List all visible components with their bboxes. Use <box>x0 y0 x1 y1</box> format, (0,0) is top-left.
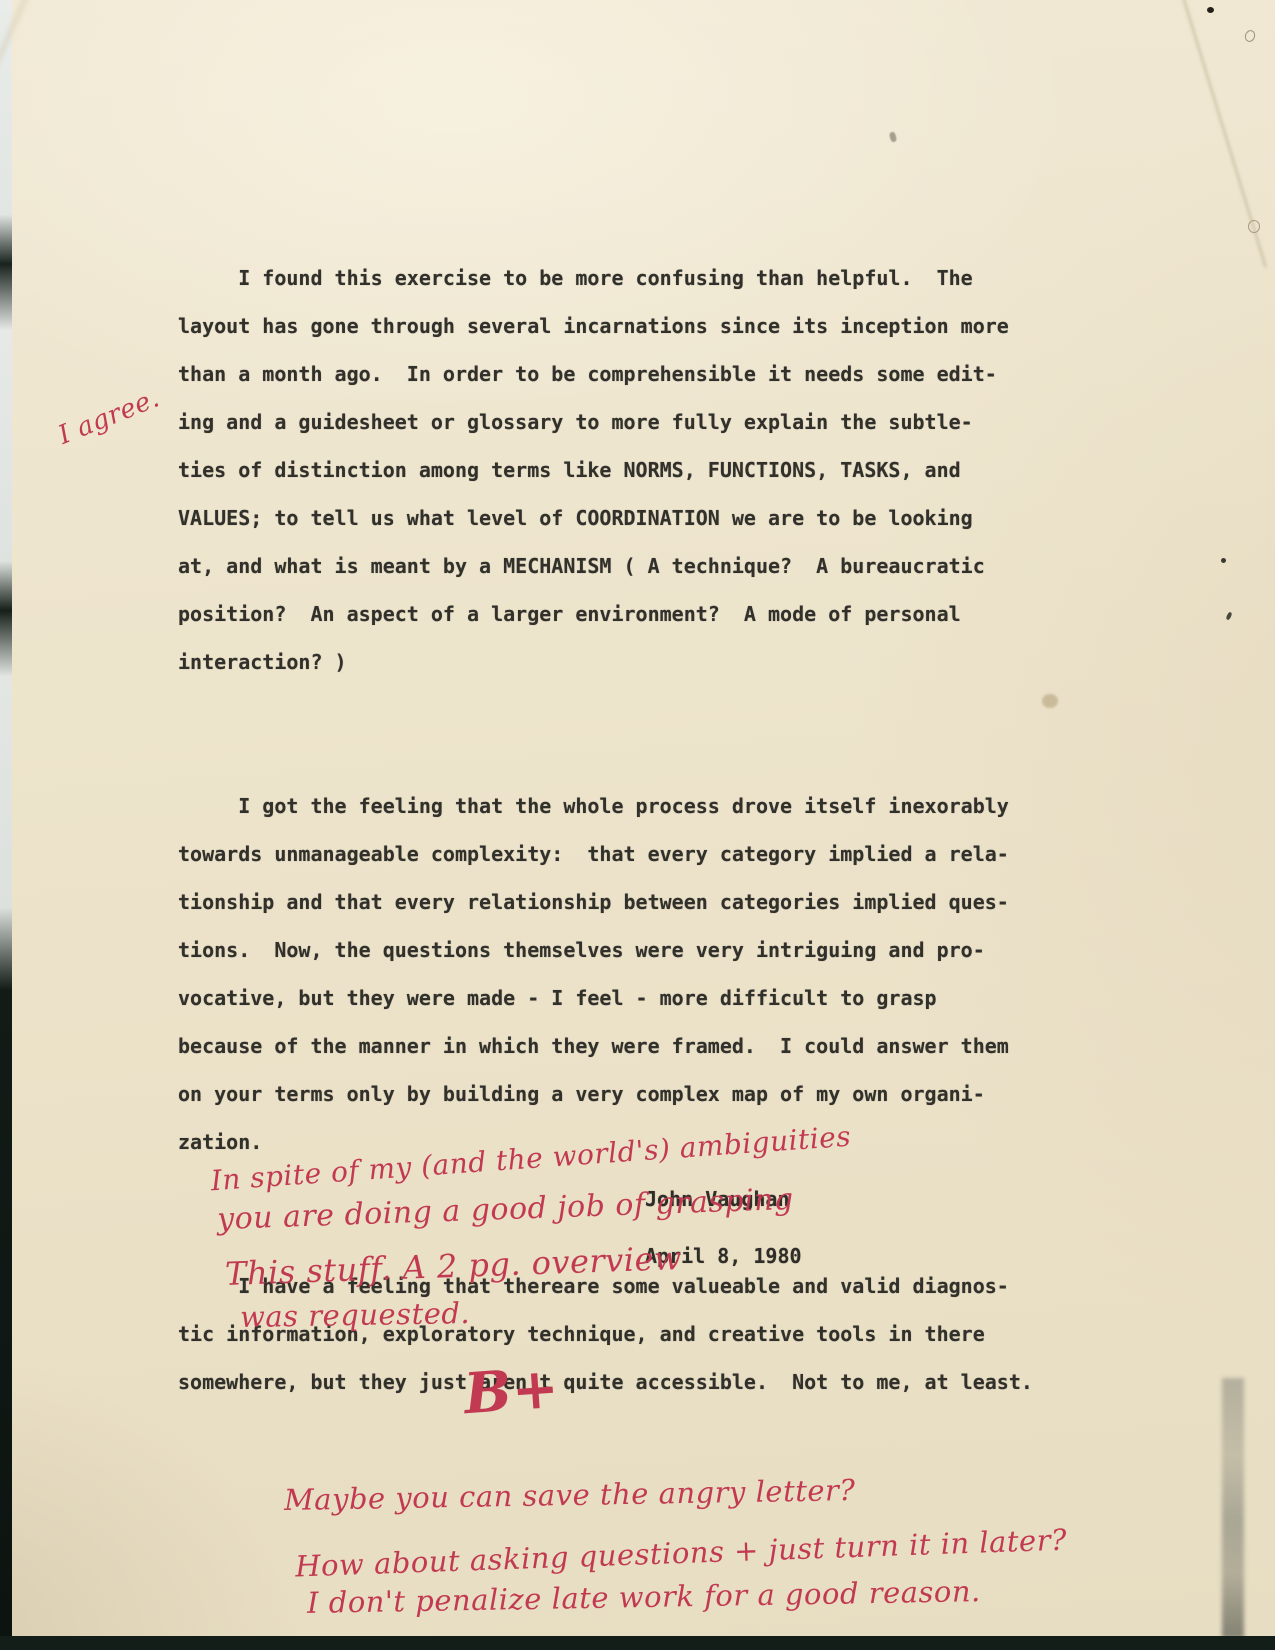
ink-speck <box>1207 7 1214 13</box>
scanner-edge-bottom <box>0 1636 1275 1650</box>
handwritten-margin-note: I agree. <box>54 383 164 451</box>
handwritten-footer-line-3: I don't penalize late work for a good re… <box>307 1574 981 1620</box>
paper-mark <box>1243 29 1257 44</box>
grade-mark: B+ <box>462 1355 562 1427</box>
letter-paragraph-1: I found this exercise to be more confusi… <box>178 254 1078 686</box>
ink-speck <box>1225 612 1232 621</box>
handwritten-comment-line-4: was requested. <box>240 1296 471 1334</box>
ink-speck <box>1221 558 1226 563</box>
paper-mark <box>1248 220 1260 233</box>
ink-speck <box>889 131 897 142</box>
pencil-smudge <box>1222 1378 1244 1638</box>
letter-paragraph-2: I got the feeling that the whole process… <box>178 782 1078 1166</box>
paper-sheet: I found this exercise to be more confusi… <box>12 0 1275 1638</box>
scanned-document: I found this exercise to be more confusi… <box>0 0 1275 1650</box>
